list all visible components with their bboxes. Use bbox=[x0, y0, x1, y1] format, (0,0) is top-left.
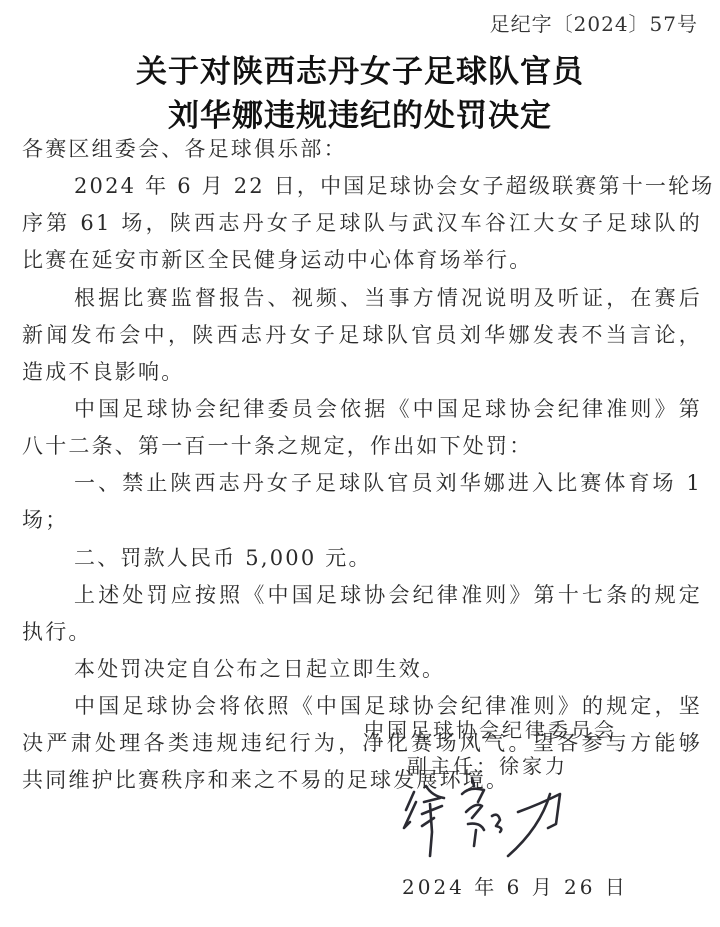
document-title-line-2: 刘华娜违规违纪的处罚决定 bbox=[0, 90, 720, 135]
body-line: 八十二条、第一百一十条之规定，作出如下处罚： bbox=[22, 431, 702, 461]
body-line: 根据比赛监督报告、视频、当事方情况说明及听证，在赛后 bbox=[74, 283, 702, 313]
penalty-item-1: 一、禁止陕西志丹女子足球队官员刘华娜进入比赛体育场 1 bbox=[74, 468, 702, 498]
body-line: 中国足球协会纪律委员会依据《中国足球协会纪律准则》第 bbox=[74, 394, 702, 424]
issuing-organization: 中国足球协会纪律委员会 bbox=[364, 714, 617, 743]
recipient-line: 各赛区组委会、各足球俱乐部： bbox=[22, 134, 702, 164]
body-line: 比赛在延安市新区全民健身运动中心体育场举行。 bbox=[22, 245, 702, 275]
document-number: 足纪字〔2024〕57号 bbox=[490, 8, 698, 37]
body-line: 本处罚决定自公布之日起立即生效。 bbox=[74, 654, 702, 684]
body-line: 场； bbox=[22, 505, 702, 535]
body-line: 上述处罚应按照《中国足球协会纪律准则》第十七条的规定 bbox=[74, 580, 702, 610]
body-line: 序第 61 场，陕西志丹女子足球队与武汉车谷江大女子足球队的 bbox=[22, 208, 702, 238]
body-line: 造成不良影响。 bbox=[22, 357, 702, 387]
document-date: 2024 年 6 月 26 日 bbox=[402, 871, 628, 900]
body-line: 新闻发布会中，陕西志丹女子足球队官员刘华娜发表不当言论， bbox=[22, 320, 702, 350]
handwritten-signature-icon bbox=[400, 772, 600, 862]
body-line: 共同维护比赛秩序和来之不易的足球发展环境。 bbox=[22, 765, 702, 795]
body-line: 2024 年 6 月 22 日，中国足球协会女子超级联赛第十一轮场 bbox=[74, 171, 702, 201]
document-title-line-1: 关于对陕西志丹女子足球队官员 bbox=[0, 46, 720, 91]
penalty-item-2: 二、罚款人民币 5,000 元。 bbox=[74, 543, 702, 573]
body-line: 执行。 bbox=[22, 617, 702, 647]
